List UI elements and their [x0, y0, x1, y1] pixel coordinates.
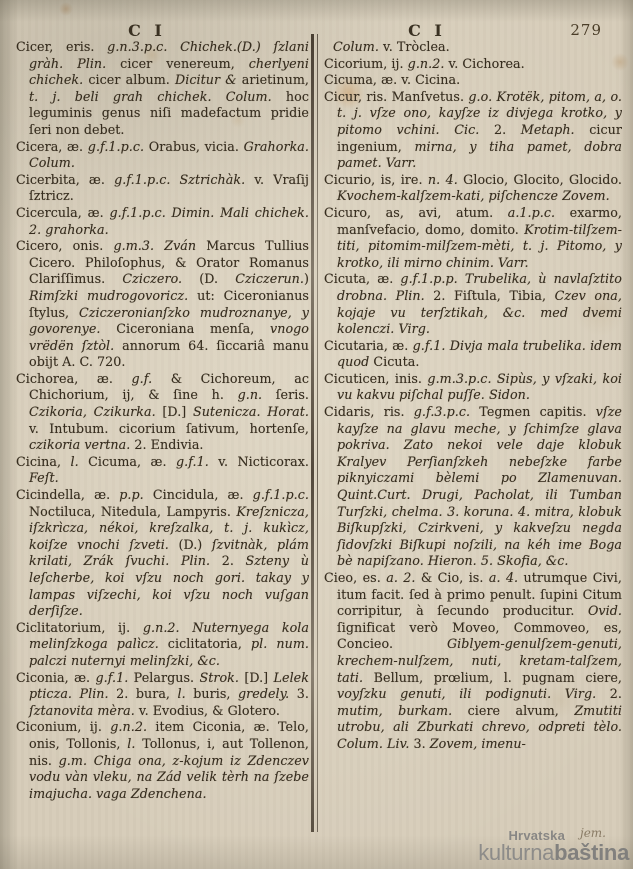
entry-cieo: Cieo, es. a. 2. & Cio, is. a. 4. utrumqu… — [324, 570, 622, 753]
entry-troclea-continuation: Colum. v. Tròclea. — [324, 39, 622, 56]
entry-ciconia: Ciconia, æ. g.f.1. Pelargus. Strok. [D.]… — [16, 670, 309, 720]
entry-cicorium: Cicorium, ij. g.n.2. v. Cichorea. — [324, 56, 622, 73]
entry-cicuma: Cicuma, æ. v. Cicina. — [324, 72, 622, 89]
page-number: 279 — [552, 21, 602, 39]
entry-cidaris: Cidaris, ris. g.f.3.p.c. Tegmen capitis.… — [324, 404, 622, 570]
right-column: Colum. v. Tròclea. Cicorium, ij. g.n.2. … — [324, 39, 622, 835]
entry-cicera: Cicera, æ. g.f.1.p.c. Orabus, vicia. Gra… — [16, 139, 309, 172]
entry-cicuta: Cicuta, æ. g.f.1.p.p. Trubelika, ù navla… — [324, 271, 622, 337]
watermark: Hrvatska kulturnabaština — [478, 829, 629, 864]
watermark-line2: kulturnabaština — [478, 842, 629, 864]
column-divider-rule-outer — [311, 34, 314, 832]
entry-cicurio: Cicurio, is, ire. n. 4. Glocio, Glocito,… — [324, 172, 622, 205]
entry-cicer: Cicer, eris. g.n.3.p.c. Chichek.(D.) ſzl… — [16, 39, 309, 139]
entry-cicina: Cicina, l. Cicuma, æ. g.f.1. v. Nicticor… — [16, 454, 309, 487]
column-divider-rule-inner — [317, 34, 318, 832]
right-column-running-title: C I — [372, 21, 482, 40]
entry-ciconium: Ciconium, ij. g.n.2. item Ciconia, æ. Te… — [16, 719, 309, 802]
entry-cicuro: Cicuro, as, avi, atum. a.1.p.c. exarmo, … — [324, 205, 622, 271]
entry-cicutaria: Cicutaria, æ. g.f.1. Divja mala trubelik… — [324, 338, 622, 371]
entry-cichorea: Cichorea, æ. g.f. & Cichoreum, ac Chicho… — [16, 371, 309, 454]
entry-cicuticen: Cicuticen, inis. g.m.3.p.c. Sipùs, y vſz… — [324, 371, 622, 404]
entry-cicindella: Cicindella, æ. p.p. Cincidula, æ. g.f.1.… — [16, 487, 309, 620]
entry-cicercula: Cicercula, æ. g.f.1.p.c. Dimin. Mali chi… — [16, 205, 309, 238]
scanned-dictionary-page: C I C I 279 Cicer, eris. g.n.3.p.c. Chic… — [0, 0, 633, 869]
entry-cicur: Cicur, ris. Manſvetus. g.o. Krotëk, pito… — [324, 89, 622, 172]
entry-ciclitatorium: Ciclitatorium, ij. g.n.2. Nuternyega kol… — [16, 620, 309, 670]
left-column-running-title: C I — [92, 21, 202, 40]
left-column: Cicer, eris. g.n.3.p.c. Chichek.(D.) ſzl… — [16, 39, 309, 835]
entry-cicero: Cicero, onis. g.m.3. Zván Marcus Tullius… — [16, 238, 309, 371]
entry-cicerbita: Cicerbita, æ. g.f.1.p.c. Sztrichàk. v. V… — [16, 172, 309, 205]
